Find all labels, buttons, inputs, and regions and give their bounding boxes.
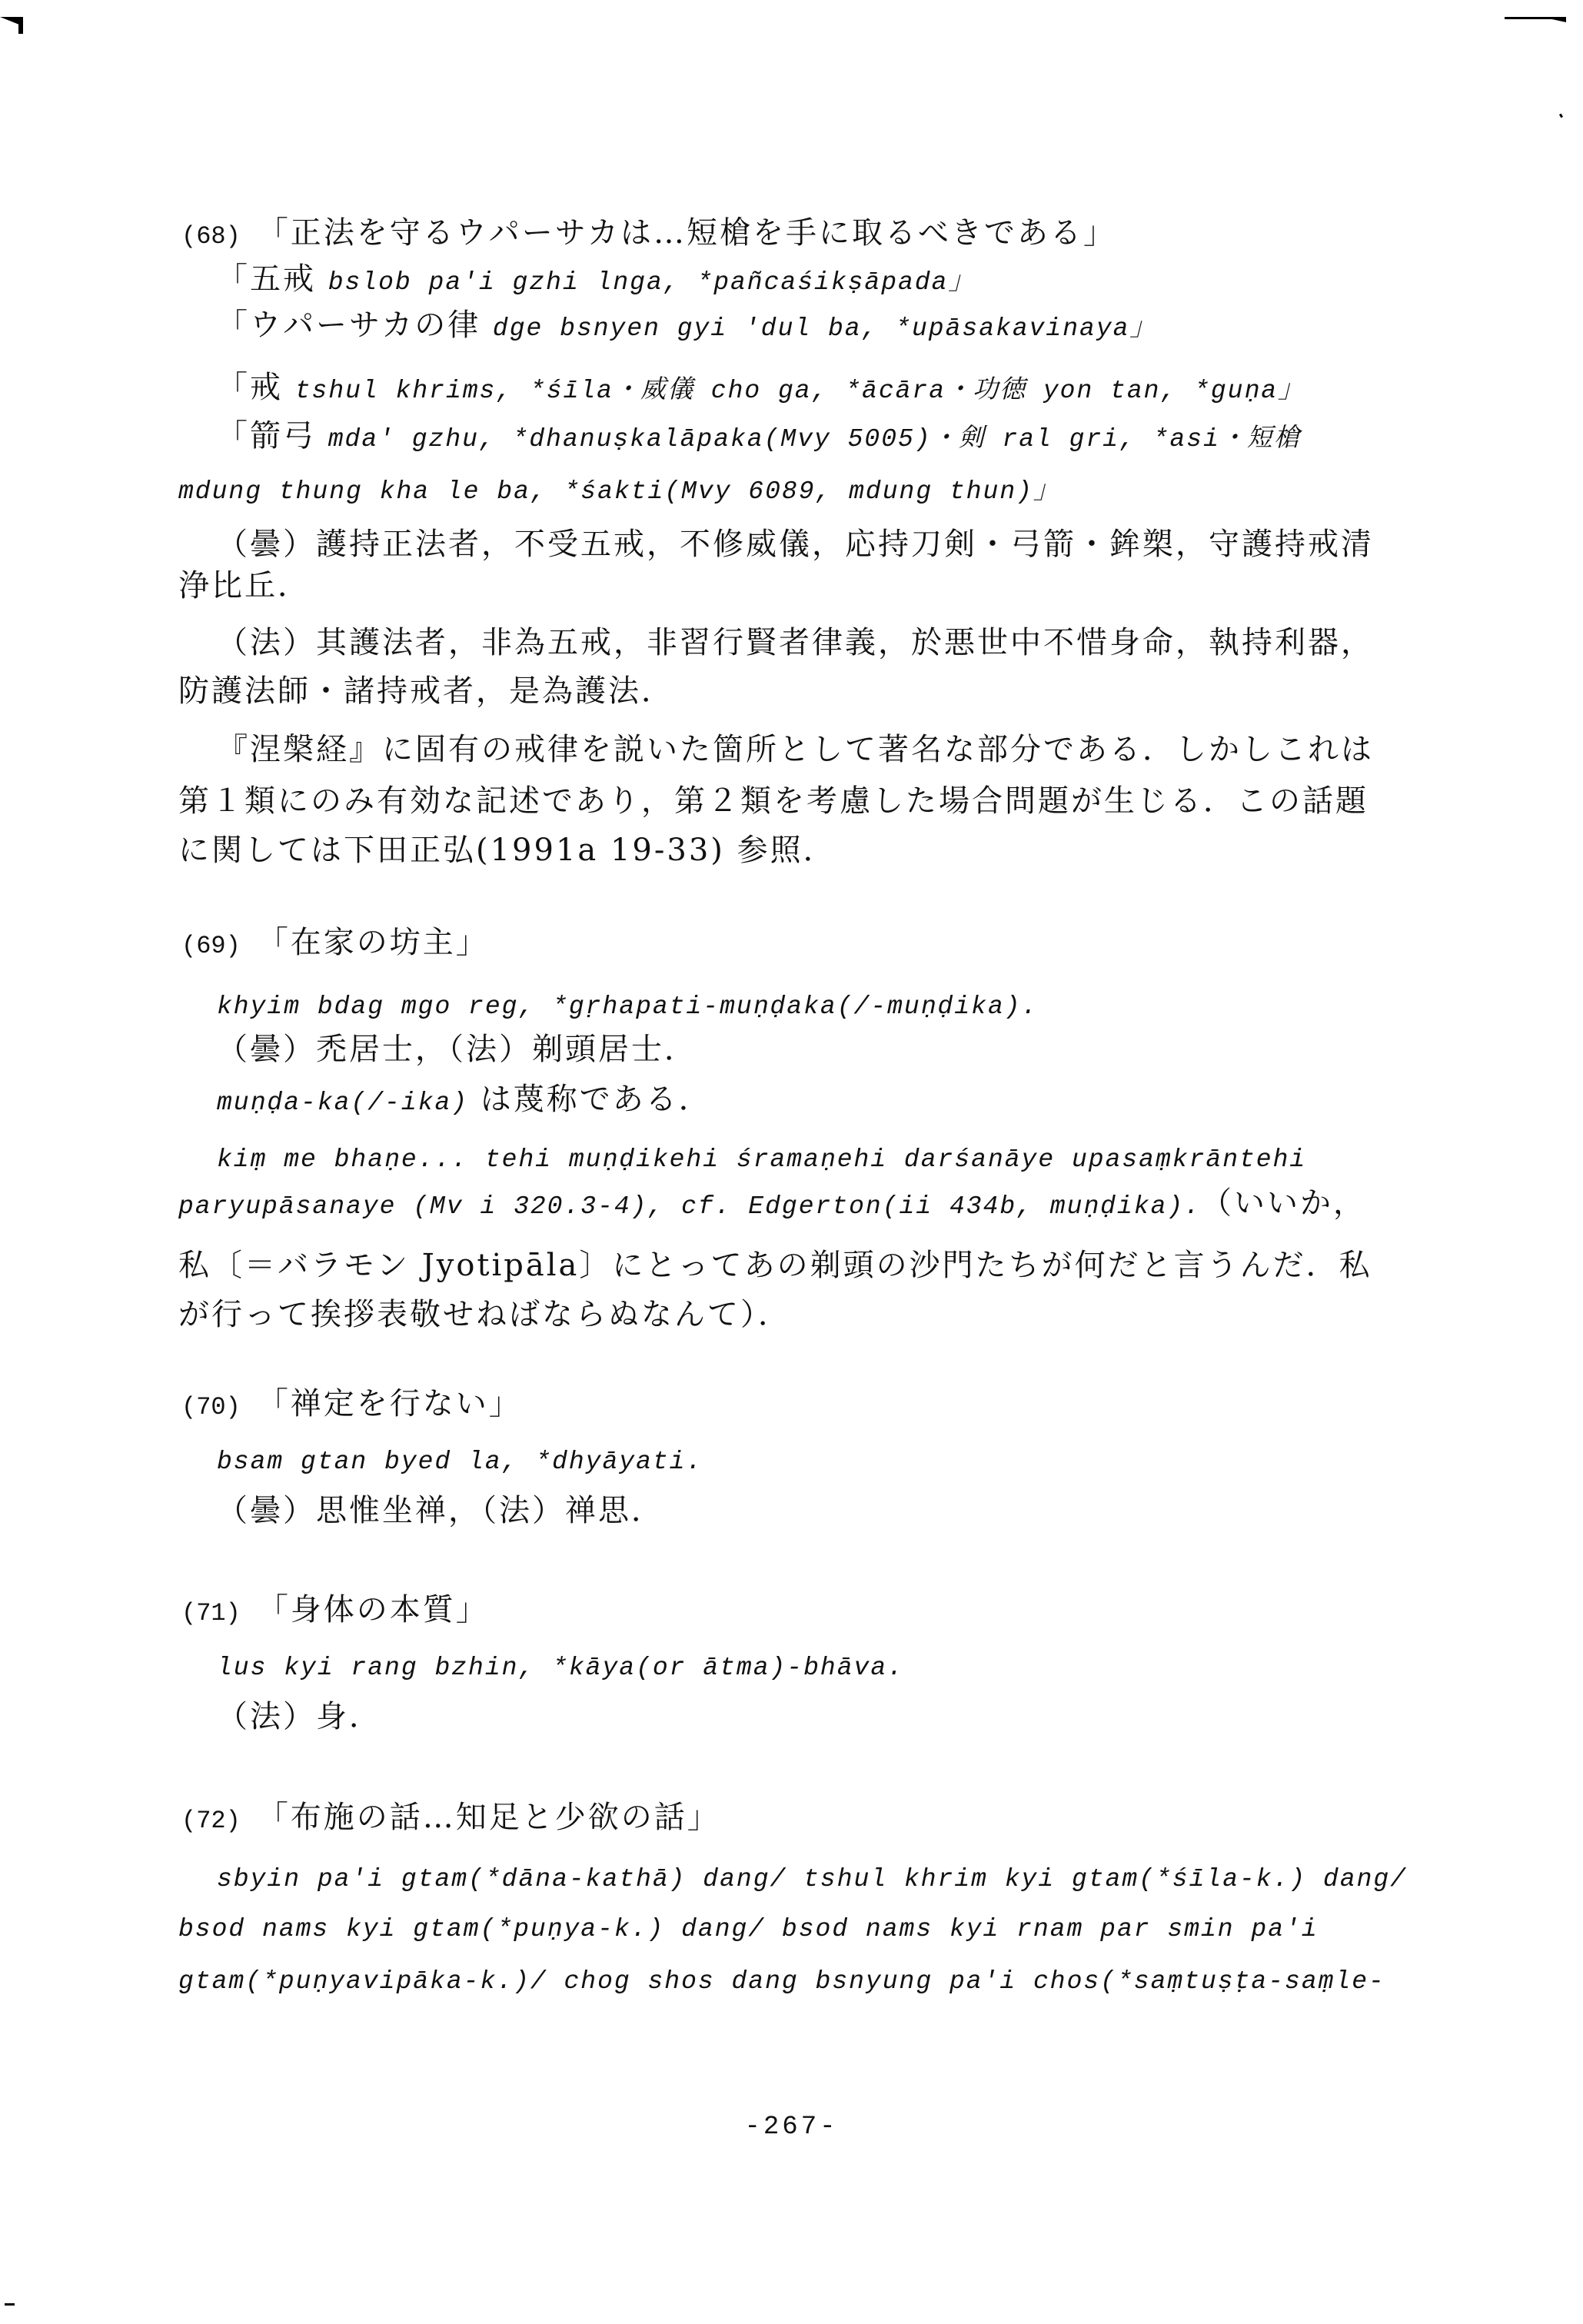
entry-68-heading: (68)「正法を守るウパーサカは…短槍を手に取るべきである」 <box>181 214 1116 252</box>
transliteration: sbyin pa'i gtam(*dāna-kathā) dang/ tshul… <box>217 1865 1407 1893</box>
commentary: は蔑称である． <box>468 1082 712 1117</box>
japanese-term: 「五戒 <box>217 261 316 297</box>
entry-title: 「布施の話…知足と少欲の話」 <box>258 1800 720 1835</box>
entry-68-line: 『涅槃経』に固有の戒律を説いた箇所として著名な部分である．しかしこれは <box>217 730 1374 769</box>
entry-72-heading: (72)「布施の話…知足と少欲の話」 <box>181 1798 720 1837</box>
entry-number: (68) <box>181 222 241 251</box>
transliteration: dge bsnyen gyi 'dul ba, *upāsakavinaya」 <box>493 314 1157 343</box>
entry-title: 「禅定を行ない」 <box>258 1386 522 1421</box>
chinese-translation: （曇）思惟坐禅，（法）禅思． <box>217 1493 664 1528</box>
commentary: 『涅槃経』に固有の戒律を説いた箇所として著名な部分である．しかしこれは <box>217 732 1374 767</box>
entry-71-heading: (71)「身体の本質」 <box>181 1591 489 1629</box>
document-page: (68)「正法を守るウパーサカは…短槍を手に取るべきである」 「五戒 bslob… <box>0 0 1583 2324</box>
entry-68-line: 浄比丘． <box>178 567 311 605</box>
entry-71-line: （法）身． <box>217 1697 382 1736</box>
transliteration: bsod nams kyi gtam(*puṇya-k.) dang/ bsod… <box>178 1915 1319 1943</box>
entry-71-line: lus kyi rang bzhin, *kāya(or ātma)-bhāva… <box>217 1645 904 1684</box>
chinese-translation: 防護法師・諸持戒者，是為護法． <box>178 673 674 709</box>
entry-69-line: khyim bdag mgo reg, *gṛhapati-muṇḍaka(/-… <box>217 984 1038 1022</box>
commentary: に関しては下田正弘(1991a 19-33) 参照． <box>178 833 836 868</box>
entry-68-line: 第１類にのみ有効な記述であり，第２類を考慮した場合問題が生じる．この話題 <box>178 782 1368 820</box>
commentary: 私〔＝バラモン Jyotipāla〕にとってあの剃頭の沙門たちが何だと言うんだ．… <box>178 1248 1372 1283</box>
japanese-term: 「箭弓 <box>217 418 316 454</box>
entry-72-line: gtam(*puṇyavipāka-k.)/ chog shos dang bs… <box>178 1959 1385 1997</box>
entry-number: (72) <box>181 1807 241 1835</box>
chinese-translation: （曇）禿居士，（法）剃頭居士． <box>217 1032 697 1067</box>
entry-68-line: に関しては下田正弘(1991a 19-33) 参照． <box>178 831 836 869</box>
transliteration: gtam(*puṇyavipāka-k.)/ chog shos dang bs… <box>178 1967 1385 1996</box>
transliteration: bsam gtan byed la, *dhyāyati. <box>217 1448 703 1476</box>
transliteration: tshul khrims, *śīla・威儀 cho ga, *ācāra・功徳… <box>295 377 1305 405</box>
sanskrit-quote: kiṃ me bhaṇe... tehi muṇḍikehi śramaṇehi… <box>217 1145 1306 1174</box>
japanese-term: 「ウパーサカの律 <box>217 308 481 343</box>
scan-corner-mark-top-right-end <box>1541 17 1566 22</box>
entry-68-line: 「ウパーサカの律 dge bsnyen gyi 'dul ba, *upāsak… <box>217 306 1156 344</box>
japanese-term: 「戒 <box>217 370 283 405</box>
entry-68-line: 「五戒 bslob pa'i gzhi lnga, *pañcaśikṣāpad… <box>217 260 975 298</box>
entry-68-line: mdung thung kha le ba, *śakti(Mvy 6089, … <box>178 469 1060 507</box>
entry-number: (69) <box>181 932 241 960</box>
entry-69-line: muṇḍa-ka(/-ika) は蔑称である． <box>217 1080 712 1119</box>
commentary: （いいか， <box>1201 1185 1366 1221</box>
transliteration: lus kyi rang bzhin, *kāya(or ātma)-bhāva… <box>217 1654 904 1682</box>
entry-title: 「正法を守るウパーサカは…短槍を手に取るべきである」 <box>258 215 1116 251</box>
entry-69-line: が行って挨拶表敬せねばならぬなんて）． <box>178 1295 791 1334</box>
commentary: 第１類にのみ有効な記述であり，第２類を考慮した場合問題が生じる．この話題 <box>178 783 1368 819</box>
commentary: が行って挨拶表敬せねばならぬなんて）． <box>178 1297 791 1332</box>
entry-title: 「在家の坊主」 <box>258 925 489 960</box>
entry-72-line: bsod nams kyi gtam(*puṇya-k.) dang/ bsod… <box>178 1907 1319 1945</box>
entry-title: 「身体の本質」 <box>258 1592 489 1627</box>
transliteration: mda' gzhu, *dhanuṣkalāpaka(Mvy 5005)・剣 r… <box>328 425 1301 454</box>
chinese-translation: （曇）護持正法者，不受五戒，不修威儀，応持刀剣・弓箭・鉾槊，守護持戒清 <box>217 527 1374 562</box>
page-number: -267- <box>0 2110 1583 2144</box>
entry-number: (71) <box>181 1599 241 1627</box>
chinese-translation: 浄比丘． <box>178 568 311 603</box>
scan-corner-mark-top-left-stem <box>18 17 23 34</box>
chinese-translation: （法）身． <box>217 1699 382 1734</box>
entry-68-line: 「箭弓 mda' gzhu, *dhanuṣkalāpaka(Mvy 5005)… <box>217 417 1301 455</box>
transliteration: muṇḍa-ka(/-ika) <box>217 1089 468 1117</box>
entry-68-line: （曇）護持正法者，不受五戒，不修威儀，応持刀剣・弓箭・鉾槊，守護持戒清 <box>217 525 1374 564</box>
entry-68-line: 「戒 tshul khrims, *śīla・威儀 cho ga, *ācāra… <box>217 368 1305 407</box>
entry-70-heading: (70)「禅定を行ない」 <box>181 1385 522 1423</box>
transliteration: khyim bdag mgo reg, *gṛhapati-muṇḍaka(/-… <box>217 992 1038 1021</box>
entry-69-line: kiṃ me bhaṇe... tehi muṇḍikehi śramaṇehi… <box>217 1137 1306 1175</box>
sanskrit-quote: paryupāsanaye (Mv i 320.3-4), cf. Edgert… <box>178 1192 1201 1221</box>
entry-70-line: bsam gtan byed la, *dhyāyati. <box>217 1439 703 1478</box>
entry-number: (70) <box>181 1393 241 1421</box>
transliteration: mdung thung kha le ba, *śakti(Mvy 6089, … <box>178 477 1060 506</box>
entry-69-heading: (69)「在家の坊主」 <box>181 923 489 962</box>
entry-69-line: 私〔＝バラモン Jyotipāla〕にとってあの剃頭の沙門たちが何だと言うんだ．… <box>178 1246 1372 1285</box>
entry-70-line: （曇）思惟坐禅，（法）禅思． <box>217 1491 664 1530</box>
entry-69-line: paryupāsanaye (Mv i 320.3-4), cf. Edgert… <box>178 1184 1366 1222</box>
scan-speck <box>1559 114 1563 118</box>
entry-72-line: sbyin pa'i gtam(*dāna-kathā) dang/ tshul… <box>217 1857 1407 1895</box>
transliteration: bslob pa'i gzhi lnga, *pañcaśikṣāpada」 <box>328 268 976 297</box>
entry-68-line: 防護法師・諸持戒者，是為護法． <box>178 672 674 710</box>
entry-68-line: （法）其護法者，非為五戒，非習行賢者律義，於悪世中不惜身命，執持利器， <box>217 623 1374 662</box>
chinese-translation: （法）其護法者，非為五戒，非習行賢者律義，於悪世中不惜身命，執持利器， <box>217 625 1374 660</box>
entry-69-line: （曇）禿居士，（法）剃頭居士． <box>217 1030 697 1069</box>
scan-corner-mark-bottom-left <box>5 2303 15 2306</box>
